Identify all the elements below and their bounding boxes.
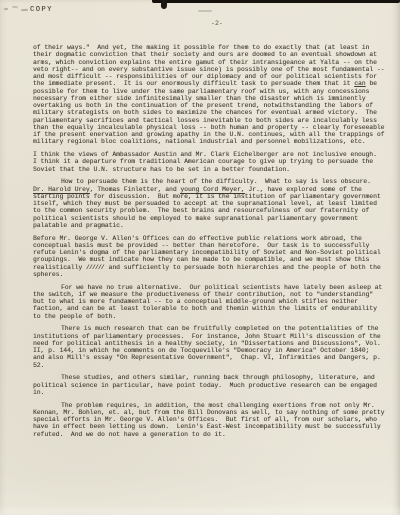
paragraph: of their ways." And yet, the making it p…	[33, 44, 387, 146]
text-run: The problem requires, in addition, the m…	[33, 402, 388, 438]
text-run: I think the views of Ambassador Austin a…	[33, 151, 384, 173]
text-run: Jr., have explored some of the starting …	[33, 186, 384, 229]
paragraph: I think the views of Ambassador Austin a…	[33, 151, 387, 173]
pencil-marks	[4, 5, 30, 13]
paper-bottom-edge	[0, 505, 400, 515]
underlined-text: can	[354, 80, 365, 87]
text-run: These studies, and others similar, runni…	[33, 374, 381, 396]
text-run: For we have no true alternative. Our pol…	[33, 284, 386, 320]
paragraph: There is much research that can be fruit…	[33, 325, 387, 369]
paragraph: The problem requires, in addition, the m…	[33, 402, 387, 438]
paragraph: For we have no true alternative. Our pol…	[33, 284, 387, 320]
text-run: How to persuade them is the heart of the…	[61, 178, 378, 185]
scan-dark-edge	[152, 0, 400, 3]
document-body: of their ways." And yet, the making it p…	[33, 44, 387, 443]
struck-out-text: //////	[86, 264, 105, 271]
text-run: , Thomas Finletter, and	[90, 186, 181, 193]
text-run: There is much research that can be fruit…	[33, 325, 384, 368]
ink-smudge	[198, 10, 212, 12]
paragraph: These studies, and others similar, runni…	[33, 374, 387, 396]
page-number: -2-	[211, 20, 223, 27]
paragraph: Before Mr. George V. Allen's Offices can…	[33, 235, 387, 279]
text-run: of their ways." And yet, the making it p…	[33, 44, 388, 87]
copy-stamp: COPY	[30, 6, 53, 14]
text-run: be possible for them to live under the s…	[33, 80, 388, 145]
scanned-document-page: COPY -2- of their ways." And yet, the ma…	[0, 0, 400, 515]
paragraph: How to persuade them is the heart of the…	[33, 178, 387, 229]
paper-edge-notch	[161, 0, 167, 9]
